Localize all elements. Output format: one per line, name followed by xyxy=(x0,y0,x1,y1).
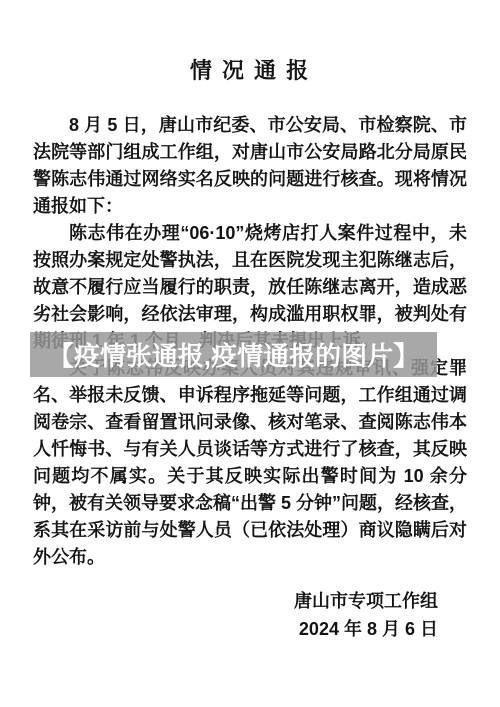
notice-date: 2024 年 8 月 6 日 xyxy=(0,616,438,644)
notice-footer: 唐山市专项工作组 2024 年 8 月 6 日 xyxy=(0,588,438,643)
watermark-text: 【疫情张通报,疫情通报的图片】 xyxy=(48,336,419,373)
page-title: 情 况 通 报 xyxy=(0,0,500,85)
watermark-band: 【疫情张通报,疫情通报的图片】 xyxy=(30,332,437,377)
notice-paragraph: 8 月 5 日，唐山市纪委、市公安局、市检察院、市法院等部门组成工作组，对唐山市… xyxy=(33,112,467,220)
notice-paragraph: 关于陈志伟反映办案人员对其违规审讯、强定罪名、举报未反馈、申诉程序拖延等问题，工… xyxy=(33,355,467,571)
notice-page: 情 况 通 报 8 月 5 日，唐山市纪委、市公安局、市检察院、市法院等部门组成… xyxy=(0,0,500,707)
signature: 唐山市专项工作组 xyxy=(0,588,438,616)
